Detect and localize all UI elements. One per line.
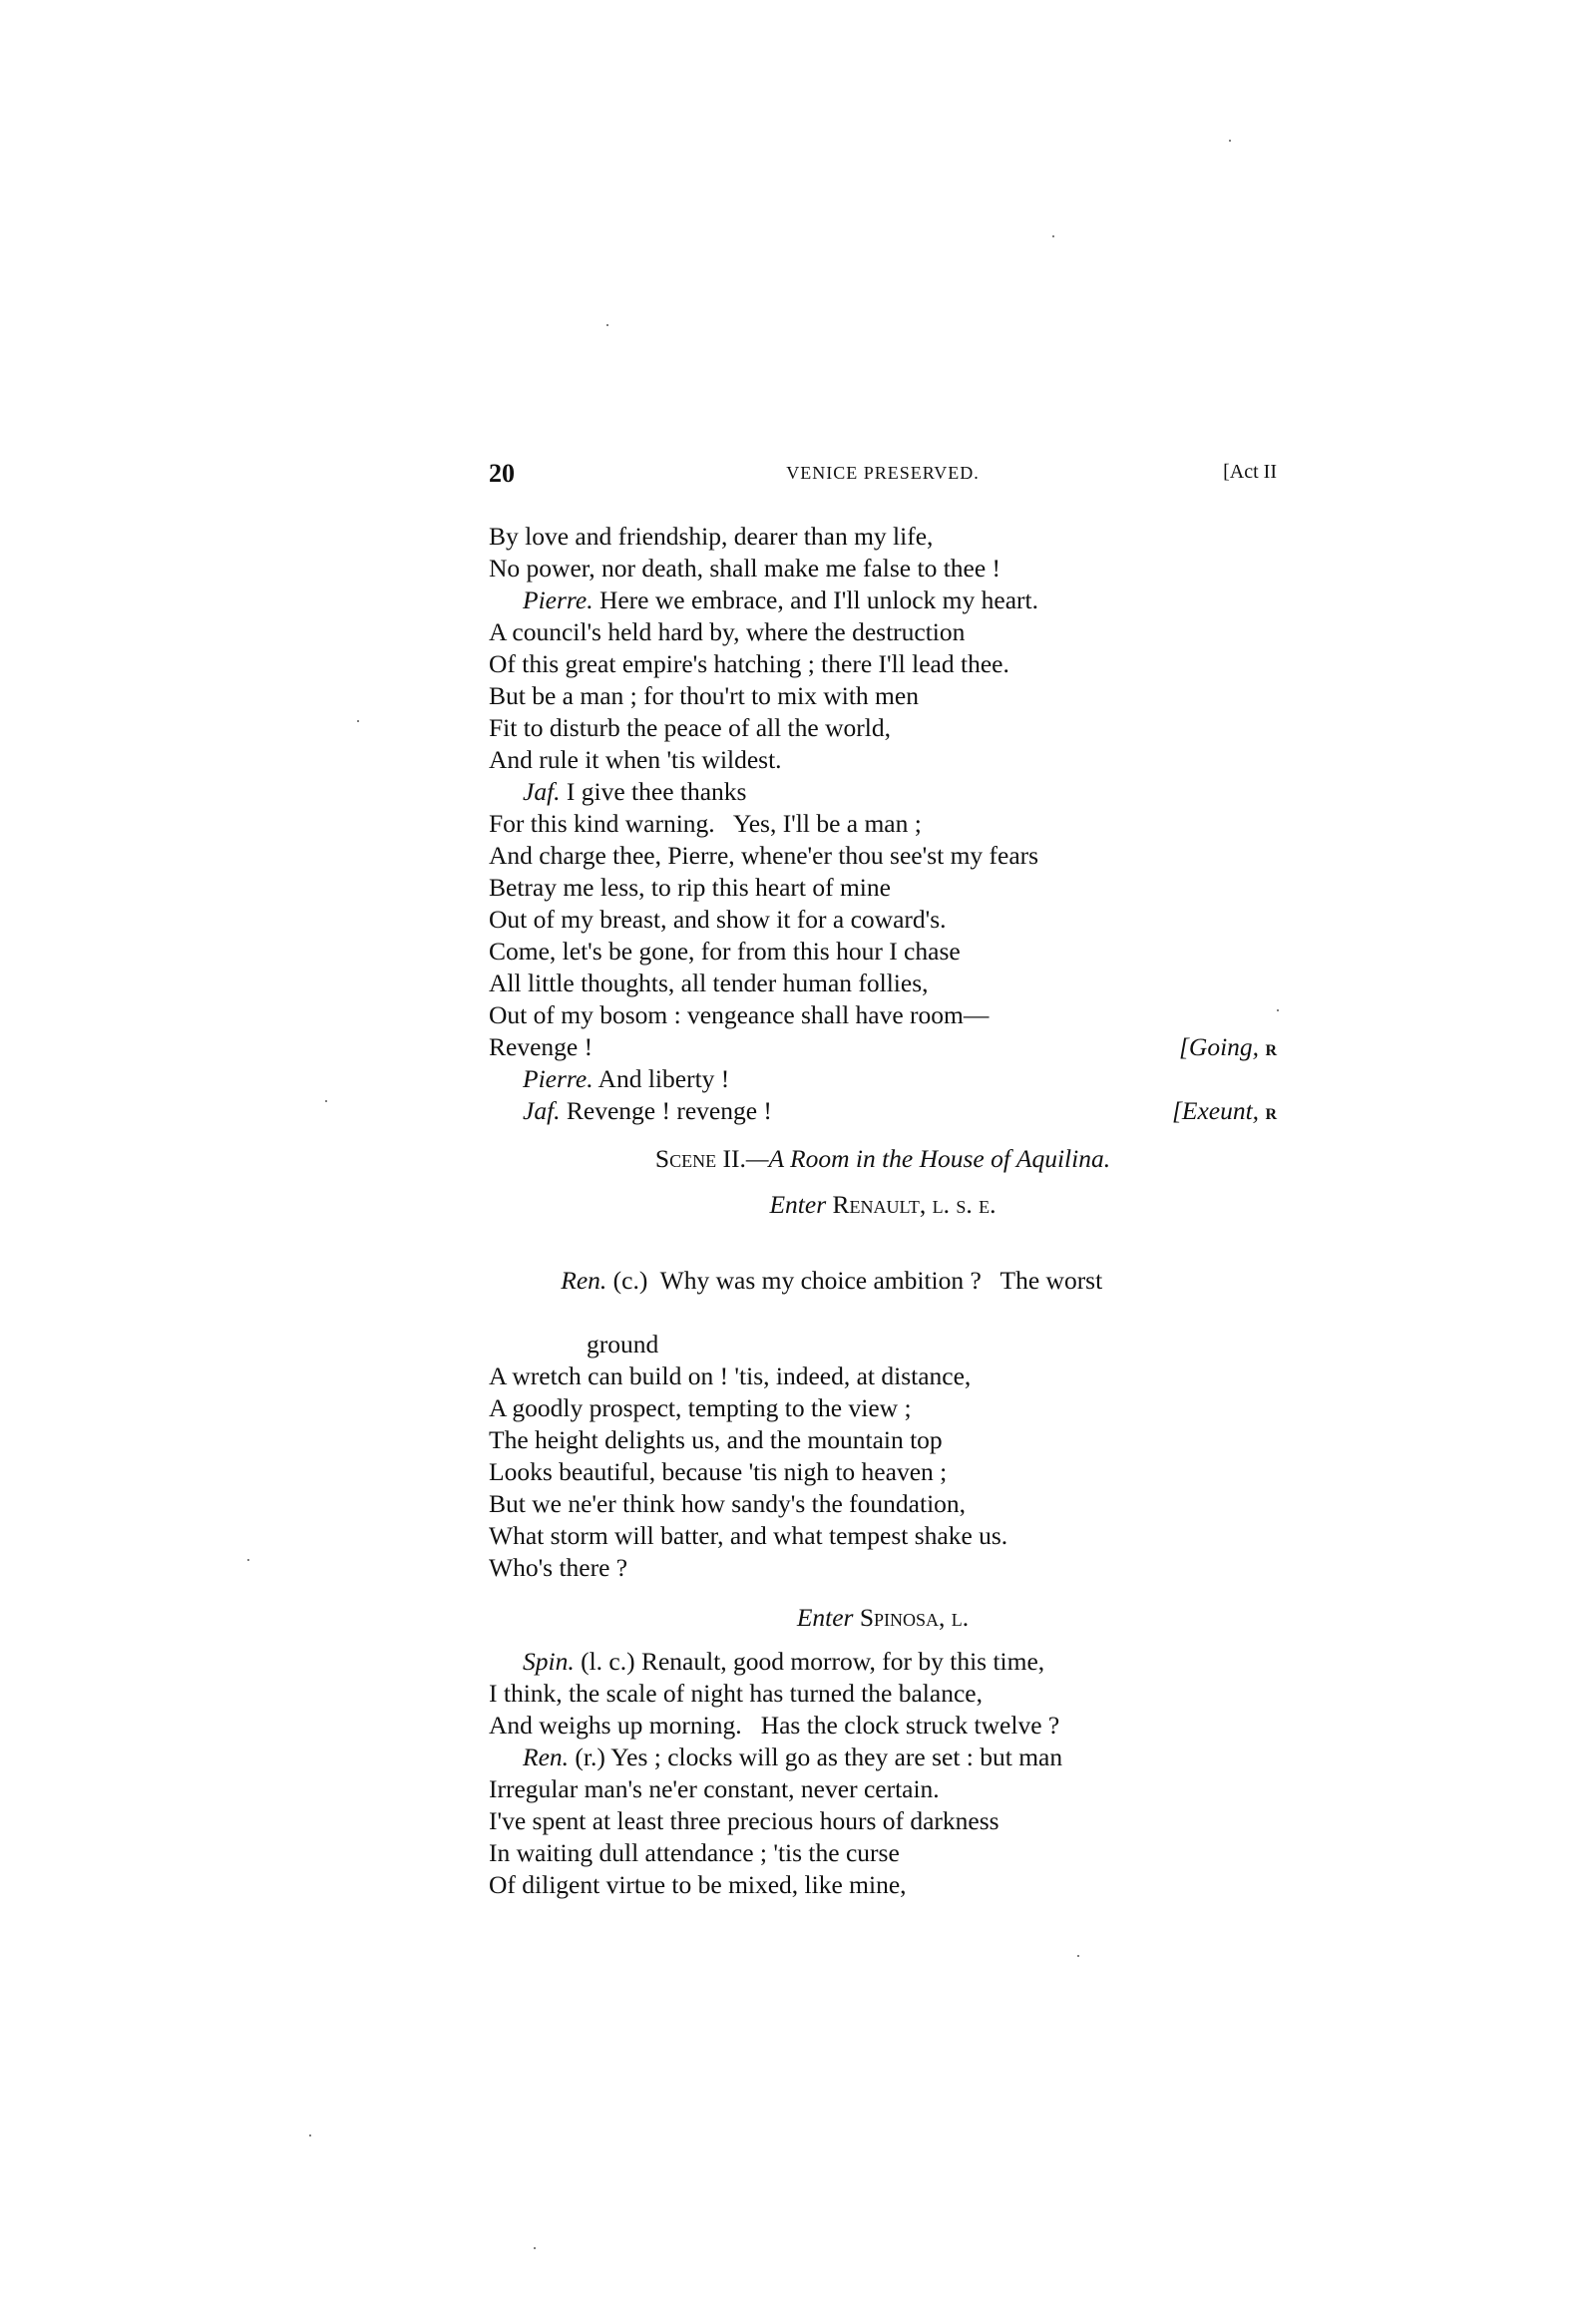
verse-line: I've spent at least three precious hours… [489, 1805, 1277, 1837]
play-text: By love and friendship, dearer than my l… [489, 521, 1277, 1901]
character-name: Renault, [833, 1190, 927, 1219]
speech-text: And liberty ! [598, 1064, 730, 1093]
scan-speck [325, 1100, 327, 1102]
stage-direction-side: R [1265, 1042, 1277, 1059]
character-name: Spinosa, [860, 1603, 946, 1632]
speaker-name: Ren. [561, 1266, 606, 1295]
speech-spinosa: Spin. (l. c.) Renault, good morrow, for … [489, 1646, 1277, 1678]
speaker-name: Pierre. [523, 585, 594, 614]
verse-line: A wretch can build on ! 'tis, indeed, at… [489, 1360, 1277, 1392]
speaker-name: Jaf. [523, 1096, 561, 1125]
stage-position: (l. c.) [581, 1647, 635, 1676]
verse-line: Out of my breast, and show it for a cowa… [489, 904, 1277, 936]
scene-label: Scene II. [655, 1144, 746, 1173]
verse-line: Of diligent virtue to be mixed, like min… [489, 1869, 1277, 1901]
speech-pierre: Pierre. Here we embrace, and I'll unlock… [489, 584, 1277, 616]
stage-position: l. s. e. [933, 1190, 996, 1219]
scan-speck [1077, 1955, 1079, 1957]
stage-direction: [Going, R [1179, 1031, 1277, 1067]
running-head: 20 VENICE PRESERVED. [Act II [489, 459, 1277, 499]
verse-line: Irregular man's ne'er constant, never ce… [489, 1773, 1277, 1805]
speech-text: Renault, good morrow, for by this time, [641, 1647, 1044, 1676]
book-title: VENICE PRESERVED. [489, 463, 1277, 484]
verse-line-with-direction: Revenge ! [Going, R [489, 1031, 1277, 1063]
speech-text: Yes ; clocks will go as they are set : b… [610, 1743, 1062, 1771]
speech-jaffier: Jaf. Revenge ! revenge ! [Exeunt, R [489, 1095, 1277, 1127]
stage-direction-text: [Exeunt, [1172, 1096, 1259, 1125]
verse-line: Betray me less, to rip this heart of min… [489, 872, 1277, 904]
verse-line: For this kind warning. Yes, I'll be a ma… [489, 808, 1277, 840]
scan-speck [606, 324, 608, 326]
scan-speck [1052, 235, 1054, 237]
speech-renault: Ren. (c.) Why was my choice ambition ? T… [489, 1233, 1277, 1329]
verse-line: All little thoughts, all tender human fo… [489, 968, 1277, 999]
enter-word: Enter [769, 1190, 826, 1219]
verse-line: And charge thee, Pierre, whene'er thou s… [489, 840, 1277, 872]
verse-line: Who's there ? [489, 1552, 1277, 1584]
scan-speck [534, 2247, 536, 2249]
speaker-name: Jaf. [523, 777, 561, 806]
verse-line: A goodly prospect, tempting to the view … [489, 1392, 1277, 1424]
verse-line: What storm will batter, and what tempest… [489, 1520, 1277, 1552]
scan-speck [309, 2134, 311, 2136]
verse-line: A council's held hard by, where the dest… [489, 616, 1277, 648]
stage-direction: [Exeunt, R [1172, 1095, 1277, 1131]
entrance-direction: Enter Spinosa, l. [489, 1602, 1277, 1634]
verse-line: No power, nor death, shall make me false… [489, 553, 1277, 584]
book-page: 20 VENICE PRESERVED. [Act II By love and… [489, 459, 1277, 1901]
verse-line: Out of my bosom : vengeance shall have r… [489, 999, 1277, 1031]
verse-line: But we ne'er think how sandy's the found… [489, 1488, 1277, 1520]
verse-line: But be a man ; for thou'rt to mix with m… [489, 680, 1277, 712]
speech-text: Revenge ! revenge ! [567, 1096, 772, 1125]
scan-speck [1277, 1009, 1279, 1011]
stage-position: (r.) [575, 1743, 604, 1771]
verse-line: I think, the scale of night has turned t… [489, 1678, 1277, 1710]
speech-jaffier: Jaf. I give thee thanks [489, 776, 1277, 808]
scene-heading: Scene II.—A Room in the House of Aquilin… [489, 1143, 1277, 1175]
scene-description: —A Room in the House of Aquilina. [746, 1144, 1110, 1173]
scan-speck [247, 1559, 249, 1561]
verse-line: Of this great empire's hatching ; there … [489, 648, 1277, 680]
stage-position: l. [952, 1603, 969, 1632]
verse-continuation: ground [489, 1329, 1277, 1360]
speech-text: I give thee thanks [567, 777, 747, 806]
verse-line: By love and friendship, dearer than my l… [489, 521, 1277, 553]
verse-line: Come, let's be gone, for from this hour … [489, 936, 1277, 968]
speech-renault: Ren. (r.) Yes ; clocks will go as they a… [489, 1742, 1277, 1773]
speaker-name: Pierre. [523, 1064, 594, 1093]
speech-pierre: Pierre. And liberty ! [489, 1063, 1277, 1095]
scan-speck [1229, 140, 1231, 142]
verse-line: Looks beautiful, because 'tis nigh to he… [489, 1456, 1277, 1488]
stage-direction-text: [Going, [1179, 1032, 1259, 1061]
verse-line: The height delights us, and the mountain… [489, 1424, 1277, 1456]
act-marker: [Act II [1223, 461, 1277, 484]
verse-line: And weighs up morning. Has the clock str… [489, 1710, 1277, 1742]
stage-position: (c.) [613, 1266, 648, 1295]
speech-text: Why was my choice ambition ? The worst [660, 1266, 1103, 1295]
verse-line: In waiting dull attendance ; 'tis the cu… [489, 1837, 1277, 1869]
verse-line: And rule it when 'tis wildest. [489, 744, 1277, 776]
entrance-direction: Enter Renault, l. s. e. [489, 1189, 1277, 1221]
stage-direction-side: R [1265, 1106, 1277, 1123]
speech-text: Here we embrace, and I'll unlock my hear… [599, 585, 1038, 614]
verse-text: Revenge ! [489, 1032, 593, 1061]
enter-word: Enter [797, 1603, 854, 1632]
scan-speck [357, 720, 359, 722]
speaker-name: Spin. [523, 1647, 575, 1676]
verse-line: Fit to disturb the peace of all the worl… [489, 712, 1277, 744]
speaker-name: Ren. [523, 1743, 569, 1771]
